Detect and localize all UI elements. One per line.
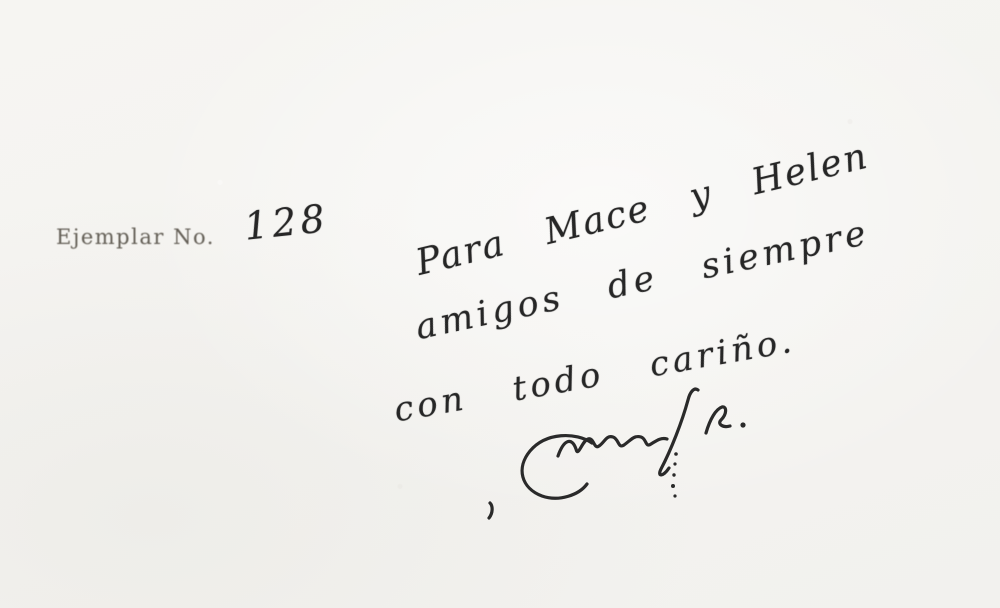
signature-tall-stroke (660, 389, 698, 475)
book-page-photo: Ejemplar No. 128 Para Mace y Helen amigo… (0, 0, 1000, 608)
signature-dot (673, 494, 676, 497)
signature-humps (558, 437, 667, 456)
colophon-printed-label: Ejemplar No. (56, 225, 215, 249)
signature-dot (673, 462, 676, 465)
stray-ink-mark (489, 503, 492, 518)
signature-flick (706, 407, 730, 433)
signature-period (740, 422, 745, 427)
author-signature (470, 375, 780, 525)
signature-dot (671, 484, 675, 488)
signature-dot (674, 452, 678, 456)
copy-number-handwritten: 128 (242, 196, 331, 249)
signature-dot (672, 473, 675, 476)
